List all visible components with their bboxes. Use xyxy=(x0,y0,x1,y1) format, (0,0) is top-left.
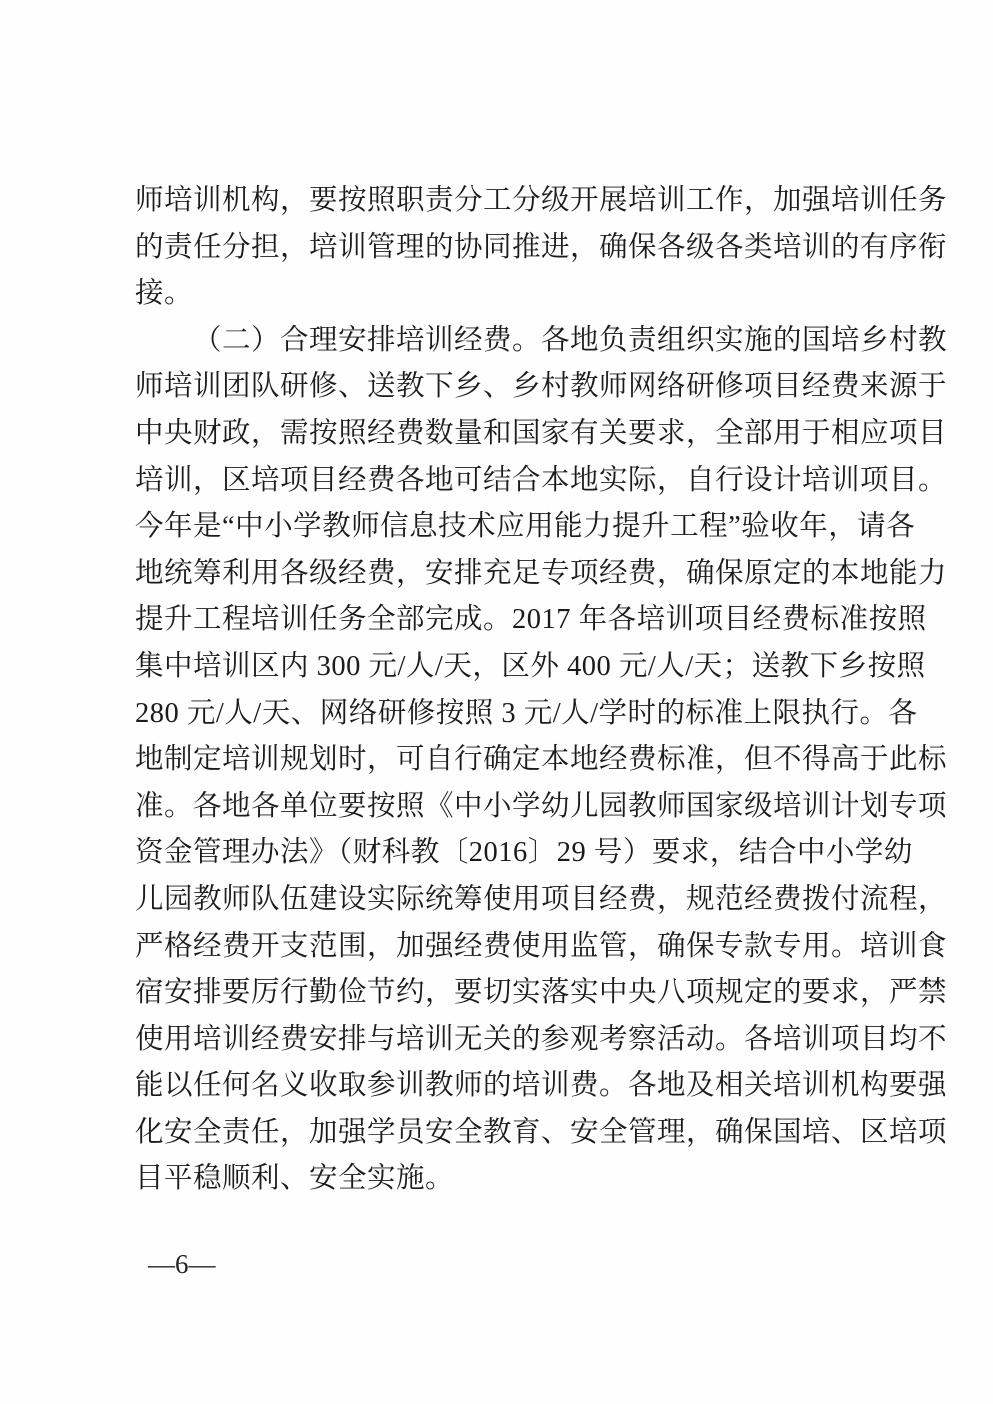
text-line: 地制定培训规划时，可自行确定本地经费标准，但不得高于此标 xyxy=(135,737,885,784)
text-line: 的责任分担，培训管理的协同推进，确保各级各类培训的有序衔 xyxy=(135,225,885,272)
text-line: （二）合理安排培训经费。各地负责组织实施的国培乡村教 xyxy=(135,318,885,365)
text-line: 严格经费开支范围，加强经费使用监管，确保专款专用。培训食 xyxy=(135,924,885,971)
text-line: 能以任何名义收取参训教师的培训费。各地及相关培训机构要强 xyxy=(135,1063,885,1110)
text-line: 目平稳顺利、安全实施。 xyxy=(135,1156,885,1203)
text-line: 接。 xyxy=(135,271,885,318)
text-line: 集中培训区内 300 元/人/天，区外 400 元/人/天；送教下乡按照 xyxy=(135,644,885,691)
document-page: 师培训机构，要按照职责分工分级开展培训工作，加强培训任务的责任分担，培训管理的协… xyxy=(0,0,993,1404)
text-line: 师培训团队研修、送教下乡、乡村教师网络研修项目经费来源于 xyxy=(135,364,885,411)
text-line: 280 元/人/天、网络研修按照 3 元/人/学时的标准上限执行。各 xyxy=(135,691,885,738)
text-line: 提升工程培训任务全部完成。2017 年各培训项目经费标准按照 xyxy=(135,597,885,644)
text-line: 儿园教师队伍建设实际统筹使用项目经费，规范经费拨付流程， xyxy=(135,877,885,924)
text-line: 准。各地各单位要按照《中小学幼儿园教师国家级培训计划专项 xyxy=(135,784,885,831)
text-line: 化安全责任，加强学员安全教育、安全管理，确保国培、区培项 xyxy=(135,1110,885,1157)
text-line: 培训，区培项目经费各地可结合本地实际，自行设计培训项目。 xyxy=(135,458,885,505)
text-line: 宿安排要厉行勤俭节约，要切实落实中央八项规定的要求，严禁 xyxy=(135,970,885,1017)
text-line: 地统筹利用各级经费，安排充足专项经费，确保原定的本地能力 xyxy=(135,551,885,598)
text-line: 资金管理办法》（财科教〔2016〕29 号）要求，结合中小学幼 xyxy=(135,830,885,877)
text-line: 中央财政，需按照经费数量和国家有关要求，全部用于相应项目 xyxy=(135,411,885,458)
page-number: —6— xyxy=(148,1246,216,1282)
text-line: 师培训机构，要按照职责分工分级开展培训工作，加强培训任务 xyxy=(135,178,885,225)
text-line: 今年是“中小学教师信息技术应用能力提升工程”验收年，请各 xyxy=(135,504,885,551)
document-body: 师培训机构，要按照职责分工分级开展培训工作，加强培训任务的责任分担，培训管理的协… xyxy=(135,178,885,1203)
text-line: 使用培训经费安排与培训无关的参观考察活动。各培训项目均不 xyxy=(135,1017,885,1064)
